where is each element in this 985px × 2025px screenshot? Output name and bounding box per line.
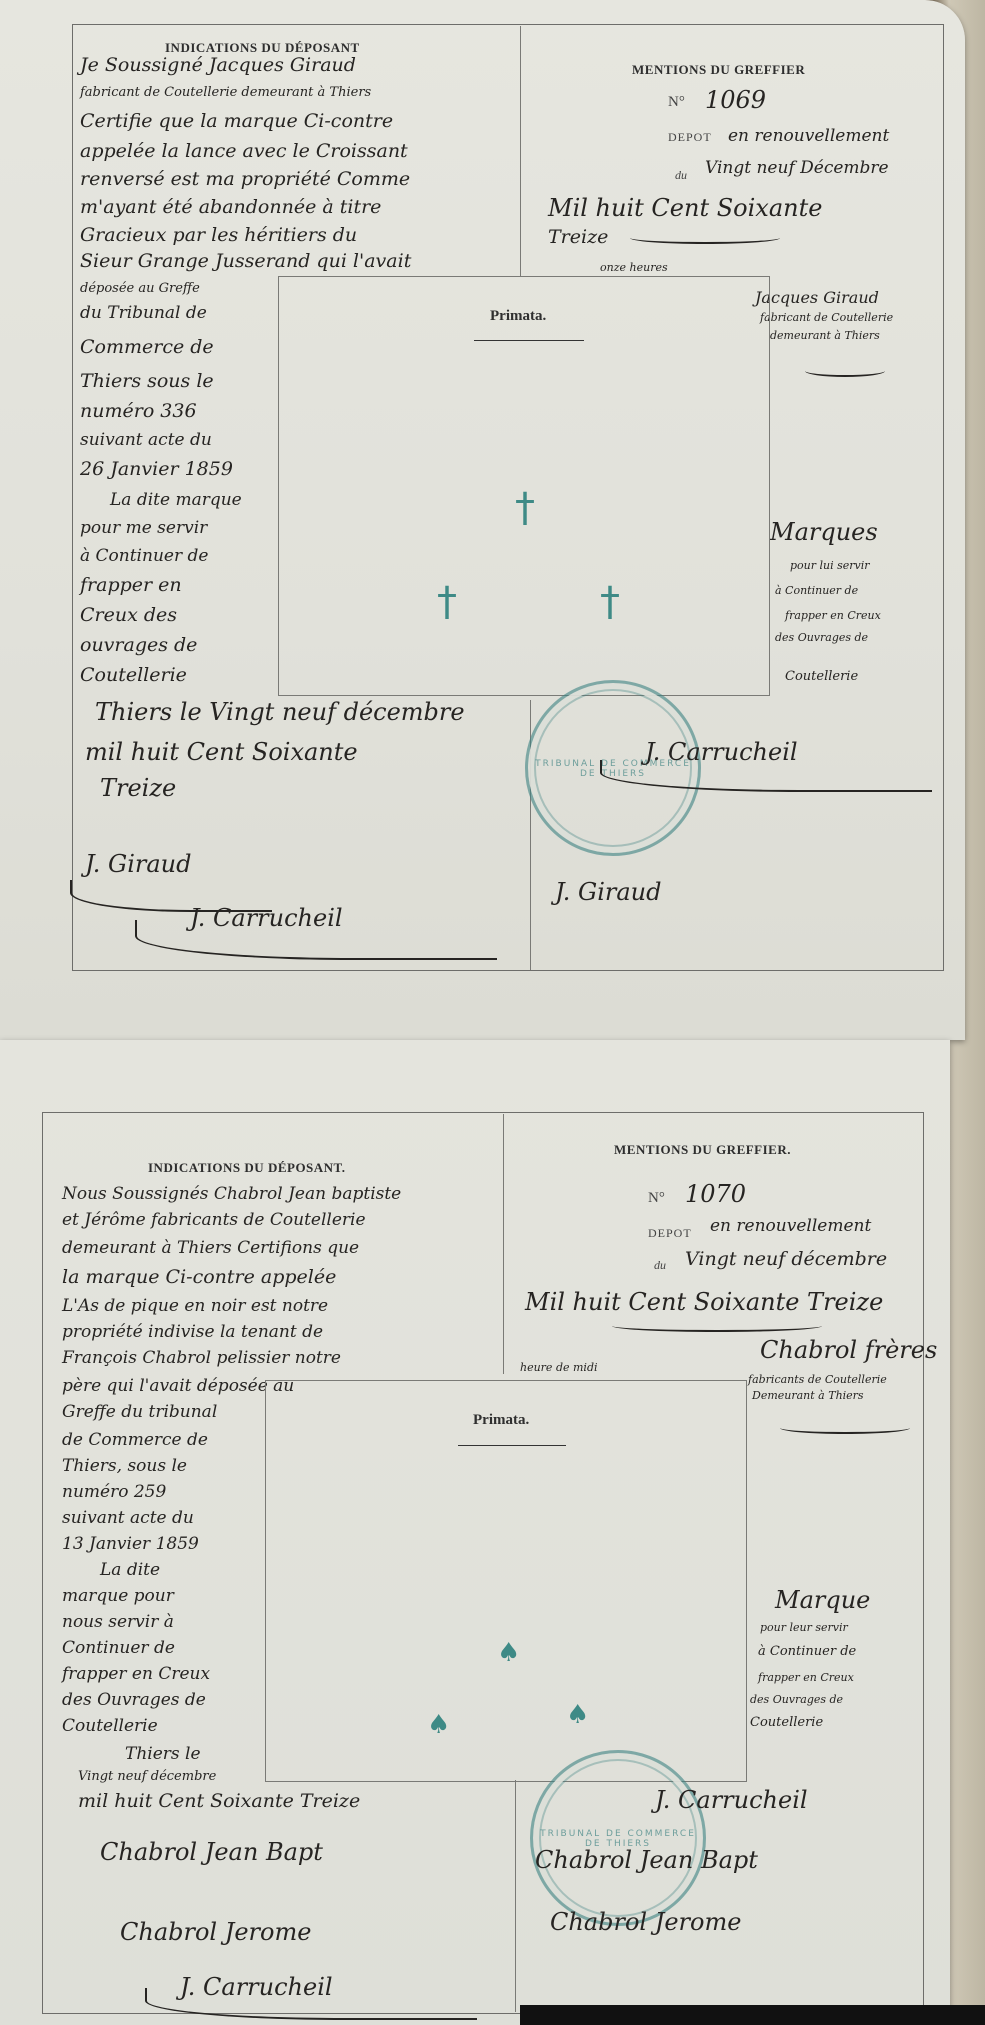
deposant-line: suivant acte du	[62, 1510, 194, 1527]
deposant-line: déposée au Greffe	[80, 282, 200, 295]
deposant-line: à Continuer de	[80, 548, 208, 565]
deposant-line: suivant acte du	[80, 432, 212, 449]
depot-date-line2: Mil huit Cent Soixante Treize	[525, 1290, 883, 1314]
marque-line: Coutellerie	[785, 670, 858, 683]
underline-flourish	[780, 1422, 910, 1434]
column-divider	[503, 1114, 504, 1374]
signature-depositor-left: J. Giraud	[85, 852, 191, 876]
deposant-line: frapper en Creux	[62, 1666, 210, 1683]
deposant-line: Creux des	[80, 606, 177, 625]
dagger-icon: †	[437, 582, 457, 622]
deposant-line: Certifie que la marque Ci-contre	[80, 112, 393, 131]
heading-indications-deposant: INDICATIONS DU DÉPOSANT.	[148, 1160, 346, 1176]
deposant-line: Greffe du tribunal	[62, 1404, 217, 1421]
number-label: N°	[648, 1190, 665, 1207]
dagger-icon: †	[600, 582, 620, 622]
depositor-name: Chabrol frères	[760, 1338, 937, 1362]
closing-line: mil huit Cent Soixante	[85, 740, 358, 764]
spade-icon: ♠	[427, 1712, 450, 1738]
deposant-line: numéro 259	[62, 1484, 166, 1501]
photo-background-edge	[520, 2005, 985, 2025]
marque-line: à Continuer de	[758, 1645, 856, 1658]
deposant-line: m'ayant été abandonnée à titre	[80, 198, 381, 217]
deposant-line: Coutellerie	[80, 666, 187, 685]
deposant-line: Sieur Grange Jusserand qui l'avait	[80, 252, 411, 271]
deposant-line: François Chabrol pelissier notre	[62, 1350, 341, 1367]
depot-label: DEPOT	[648, 1226, 692, 1241]
deposant-line: ouvrages de	[80, 636, 197, 655]
deposant-line: renversé est ma propriété Comme	[80, 170, 410, 189]
depositor-occupation: fabricant de Coutellerie	[760, 312, 893, 323]
dagger-icon: †	[515, 488, 535, 528]
underline-flourish	[805, 365, 885, 377]
column-divider	[520, 26, 521, 276]
closing-line: Thiers le Vingt neuf décembre	[95, 700, 465, 724]
deposant-line: la marque Ci-contre appelée	[62, 1268, 336, 1287]
signature-depositor-left-2: Chabrol Jerome	[120, 1920, 311, 1944]
deposant-line: La dite	[100, 1562, 160, 1579]
deposant-line: et Jérôme fabricants de Coutellerie	[62, 1212, 366, 1229]
deposant-line: propriété indivise la tenant de	[62, 1324, 323, 1341]
signature-depositor-right-1: Chabrol Jean Bapt	[535, 1848, 758, 1872]
deposant-line: nous servir à	[62, 1614, 174, 1631]
deposant-line: père qui l'avait déposée au	[62, 1378, 294, 1395]
heading-mentions-greffier: MENTIONS DU GREFFIER.	[614, 1142, 791, 1158]
deposant-line: Commerce de	[80, 338, 214, 357]
marque-title: Marque	[775, 1588, 870, 1612]
underline-flourish	[612, 1320, 822, 1332]
deposant-line: 26 Janvier 1859	[80, 460, 233, 479]
deposant-line: Coutellerie	[62, 1718, 158, 1735]
depot-date-line3: Treize	[548, 228, 608, 247]
depot-hour: heure de midi	[520, 1362, 598, 1373]
registration-form-1070: INDICATIONS DU DÉPOSANT. MENTIONS DU GRE…	[0, 1040, 950, 2025]
deposant-line: des Ouvrages de	[62, 1692, 206, 1709]
du-label: du	[675, 168, 687, 183]
deposant-line: demeurant à Thiers Certifions que	[62, 1240, 359, 1257]
depositor-occupation: fabricants de Coutellerie	[748, 1374, 887, 1385]
deposant-line: La dite marque	[110, 492, 242, 509]
mark-title: Primata.	[473, 1412, 529, 1429]
mark-title-rule	[474, 340, 584, 341]
registration-number: 1069	[705, 88, 766, 112]
marque-line: pour lui servir	[790, 560, 870, 571]
marque-line: des Ouvrages de	[775, 632, 868, 643]
column-divider-lower	[515, 1780, 516, 2012]
depot-text: en renouvellement	[728, 128, 889, 145]
number-label: N°	[668, 94, 685, 111]
deposant-line: de Commerce de	[62, 1432, 208, 1449]
deposant-line: Thiers sous le	[80, 372, 214, 391]
marque-title: Marques	[770, 520, 878, 544]
deposant-line: appelée la lance avec le Croissant	[80, 142, 408, 161]
official-seal: TRIBUNAL DE COMMERCE DE THIERS	[530, 1750, 706, 1926]
depot-label: DEPOT	[668, 130, 712, 145]
deposant-line: numéro 336	[80, 402, 197, 421]
marque-line: pour leur servir	[760, 1622, 848, 1633]
signature-depositor-right: J. Giraud	[555, 880, 661, 904]
marque-line: à Continuer de	[775, 585, 858, 596]
deposant-line: fabricant de Coutellerie demeurant à Thi…	[80, 86, 371, 99]
signature-depositor-right-2: Chabrol Jerome	[550, 1910, 741, 1934]
signature-flourish	[145, 1988, 477, 2020]
marque-line: des Ouvrages de	[750, 1694, 843, 1705]
deposant-line: Thiers, sous le	[62, 1458, 187, 1475]
deposant-line: L'As de pique en noir est notre	[62, 1298, 328, 1315]
mark-title-rule	[458, 1445, 566, 1446]
spade-icon: ♠	[497, 1640, 520, 1666]
deposant-line: Continuer de	[62, 1640, 175, 1657]
depositor-address: demeurant à Thiers	[770, 330, 880, 341]
deposant-line: Gracieux par les héritiers du	[80, 226, 357, 245]
deposant-line: Je Soussigné Jacques Giraud	[80, 56, 356, 75]
depositor-address: Demeurant à Thiers	[752, 1390, 864, 1401]
du-label: du	[654, 1258, 666, 1273]
depot-date-line2: Mil huit Cent Soixante	[548, 196, 822, 220]
depot-date-line1: Vingt neuf décembre	[685, 1250, 887, 1269]
depot-hour: onze heures	[600, 262, 668, 273]
heading-mentions-greffier: MENTIONS DU GREFFIER	[632, 62, 805, 78]
closing-line: Treize	[100, 776, 176, 800]
deposant-line: du Tribunal de	[80, 305, 207, 322]
closing-line: Thiers le	[125, 1746, 201, 1763]
deposant-line: pour me servir	[80, 520, 207, 537]
depot-date-line1: Vingt neuf Décembre	[705, 160, 889, 177]
signature-greffier-right: J. Carrucheil	[655, 1788, 808, 1812]
marque-line: Coutellerie	[750, 1716, 823, 1729]
signature-depositor-left-1: Chabrol Jean Bapt	[100, 1840, 323, 1864]
registration-number: 1070	[685, 1182, 746, 1206]
mark-box	[265, 1380, 747, 1782]
marque-line: frapper en Creux	[758, 1672, 854, 1683]
deposant-line: frapper en	[80, 576, 182, 595]
deposant-line: Nous Soussignés Chabrol Jean baptiste	[62, 1186, 401, 1203]
deposant-line: 13 Janvier 1859	[62, 1536, 199, 1553]
underline-flourish	[630, 232, 780, 244]
depot-text: en renouvellement	[710, 1218, 871, 1235]
closing-line: Vingt neuf décembre	[78, 1770, 216, 1783]
mark-title: Primata.	[490, 308, 546, 325]
closing-line: mil huit Cent Soixante Treize	[78, 1792, 360, 1811]
registration-form-1069: INDICATIONS DU DÉPOSANT MENTIONS DU GREF…	[0, 0, 965, 1040]
deposant-line: marque pour	[62, 1588, 174, 1605]
depositor-name: Jacques Giraud	[755, 290, 879, 306]
marque-line: frapper en Creux	[785, 610, 881, 621]
spade-icon: ♠	[566, 1702, 589, 1728]
